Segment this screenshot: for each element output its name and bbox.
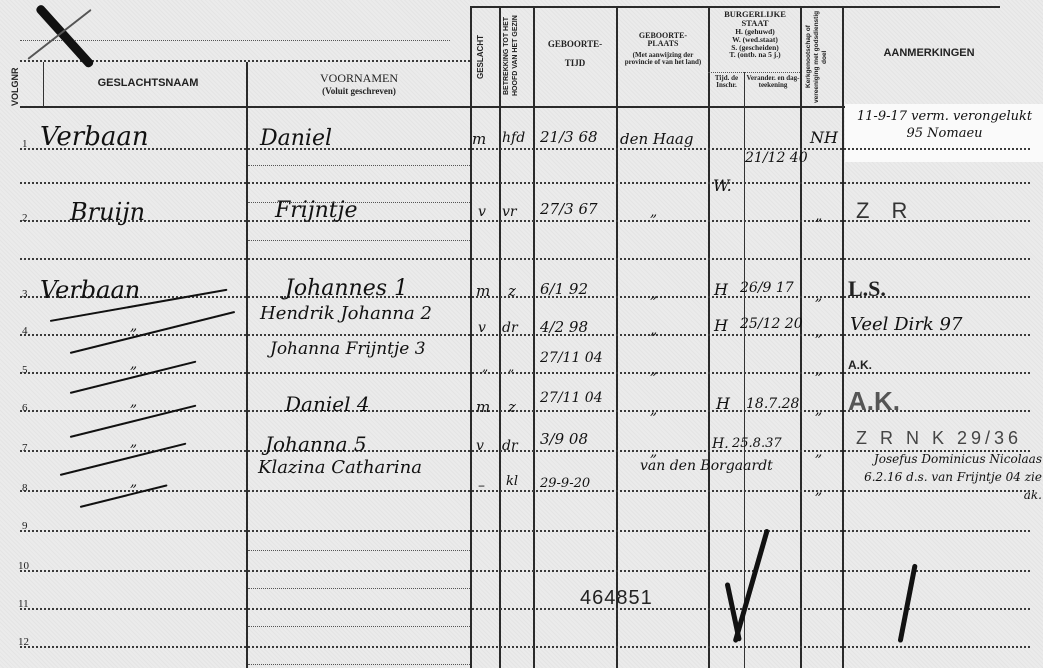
marital-date: 26/9 17 [740, 280, 794, 296]
given-names: Johannes 1 [285, 276, 408, 301]
birth-date: 29-9-20 [540, 476, 590, 491]
bs-subdivider [708, 72, 800, 73]
sex: v [478, 320, 486, 336]
header-voornamen-sub: (Voluit geschreven) [248, 87, 470, 96]
birth-date: 6/1 92 [540, 280, 588, 298]
remarks: A.K. [848, 358, 872, 372]
column-divider [470, 6, 472, 668]
church: „ [815, 444, 822, 460]
column-divider [842, 6, 844, 668]
header-volgnr: VOLGNR [10, 68, 20, 106]
header-geboorteplaats-sub: (Met aanwijzing der provincie of van het… [618, 52, 708, 67]
row-number: 1 [22, 138, 28, 150]
name-subrule [248, 165, 470, 166]
relation: dr [502, 320, 518, 336]
remarks: A.K. [848, 386, 900, 417]
column-divider [800, 6, 802, 668]
sex: v [476, 438, 484, 454]
marital-date: 18.7.28 [746, 396, 799, 412]
name-subrule [248, 664, 470, 665]
census-card: VOLGNR GESLACHTSNAAM VOORNAMEN (Voluit g… [0, 0, 1043, 668]
header-top-border [470, 6, 1000, 8]
surname: „ [130, 318, 137, 334]
church: „ [815, 208, 822, 224]
row-number: 11 [18, 598, 29, 610]
remarks: Z R [856, 198, 915, 224]
row-number: 3 [22, 288, 28, 300]
remarks: 11-9-17 verm. verongelukt 95 Nomaeu [852, 108, 1037, 142]
row-rule [20, 530, 1030, 532]
row-number: 6 [22, 402, 28, 414]
sex: m [476, 282, 490, 300]
top-rule [20, 40, 450, 41]
given-names: Daniel [260, 126, 332, 151]
name-subrule [248, 550, 470, 551]
column-divider [616, 6, 618, 668]
header-geboortetijd-line1: GEBOORTE- [534, 40, 616, 49]
relation: „ [508, 360, 514, 374]
marital-date: 25.8.37 [732, 436, 782, 451]
sex: m [472, 130, 486, 148]
birth-date: 27/3 67 [540, 200, 598, 218]
given-names: Johanna 5 [265, 432, 367, 456]
row-number: 8 [22, 482, 28, 494]
header-bs-verander: Verander. en dag-teekening [746, 75, 800, 90]
column-divider [708, 6, 710, 668]
header-kerkgenootschap: Kerkgenootschap of vereeniging met godsd… [805, 10, 839, 104]
row-number: 7 [22, 442, 28, 454]
row-rule [20, 608, 1030, 610]
ditto-stroke [70, 311, 235, 354]
stamp-number: 464851 [580, 587, 653, 610]
header-bs-t: T. (ontb. na 5 j.) [710, 51, 800, 59]
row-rule [20, 570, 1030, 572]
header-bs-tijd: Tijd. de Inschr. [709, 75, 744, 90]
birth-date: 21/3 68 [540, 128, 598, 146]
row-number: 10 [18, 560, 29, 572]
row-number: 2 [22, 212, 28, 224]
sex: v [478, 204, 486, 220]
remarks: Josefus Dominicus Nicolaas 6.2.16 d.s. v… [846, 450, 1042, 504]
relation: z [508, 398, 516, 416]
header-burgerlijke-staat: BURGERLIJKE STAAT H. (gehuwd) W. (wed.st… [710, 10, 800, 59]
name-subrule [248, 588, 470, 589]
relation: kl [506, 474, 518, 489]
marital-status: H [714, 280, 728, 299]
header-betrekking: BETREKKING TOT HET HOOFD VAN HET GEZIN [502, 8, 532, 103]
remarks: Z R N K 29/36 [856, 428, 1022, 449]
surname: Verbaan [40, 122, 149, 152]
birth-date: 3/9 08 [540, 430, 588, 448]
header-geboorteplaats: GEBOORTE- PLAATS (Met aanwijzing der pro… [618, 32, 708, 66]
given-names: Daniel 4 [285, 392, 370, 416]
remarks: L.S. [848, 276, 886, 302]
birth-date: 27/11 04 [540, 350, 603, 366]
row-number: 9 [22, 520, 28, 532]
row-rule [20, 182, 1030, 184]
surname: „ [130, 356, 137, 372]
column-divider [43, 62, 44, 107]
header-bs-title: BURGERLIJKE STAAT [710, 10, 800, 28]
column-divider [533, 6, 535, 668]
row-rule [20, 148, 1030, 150]
surname: „ [130, 394, 137, 410]
row-rule [20, 258, 1030, 260]
birth-date: 27/11 04 [540, 390, 603, 406]
surname: Verbaan [40, 276, 140, 304]
sex: „ [482, 360, 488, 374]
church: „ [815, 324, 822, 340]
row-number: 4 [22, 325, 28, 337]
birth-place: „ [650, 322, 657, 338]
church: „ [815, 402, 822, 418]
marital-status: H. [712, 436, 729, 452]
surname: Bruijn [70, 198, 145, 226]
slash-mark [898, 563, 918, 642]
column-divider [499, 6, 501, 668]
row-number: 12 [18, 636, 29, 648]
name-subrule [248, 626, 470, 627]
marital-date: 25/12 20 [740, 316, 803, 332]
column-divider [246, 62, 248, 668]
birth-place: „ [650, 204, 657, 220]
church: NH [810, 128, 838, 147]
check-mark [733, 528, 770, 643]
relation: vr [502, 204, 517, 220]
header-geboorteplaats-line2: PLAATS [618, 40, 708, 48]
church: „ [815, 362, 822, 378]
given-names: Johanna Frijntje 3 [270, 340, 470, 358]
relation: dr [502, 438, 518, 454]
marital-status: H [714, 316, 728, 335]
given-names: Klazina Catharina [258, 458, 468, 478]
given-names: Hendrik Johanna 2 [260, 305, 470, 323]
birth-place: van den Borgaardt [640, 458, 773, 474]
header-aanmerkingen: AANMERKINGEN [844, 48, 1014, 60]
relation: z [508, 282, 516, 300]
ditto-stroke [80, 484, 168, 508]
surname: „ [130, 474, 137, 490]
church: „ [815, 288, 822, 304]
name-subrule [248, 240, 470, 241]
sex: – [478, 478, 485, 494]
header-geslacht: GESLACHT [476, 12, 485, 102]
given-names: Frijntje [275, 198, 358, 223]
relation: hfd [502, 130, 525, 146]
birth-place: „ [650, 286, 657, 302]
ditto-stroke [60, 443, 187, 476]
remarks: Veel Dirk 97 [850, 314, 962, 335]
row-number: 5 [22, 364, 28, 376]
header-geboortetijd-line2: TIJD [534, 59, 616, 68]
church: „ [815, 482, 822, 498]
header-voornamen: VOORNAMEN [248, 72, 470, 85]
row-rule [20, 372, 1030, 374]
marital-date: 21/12 40 [745, 150, 808, 166]
marital-status: H [716, 394, 730, 413]
birth-place: „ [650, 362, 657, 378]
sex: m [476, 398, 490, 416]
surname: „ [130, 434, 137, 450]
row-rule [20, 646, 1030, 648]
header-geboortetijd: GEBOORTE- TIJD [534, 40, 616, 69]
birth-place: den Haag [620, 130, 693, 148]
marital-status: W. [713, 176, 732, 195]
birth-date: 4/2 98 [540, 318, 588, 336]
birth-place: „ [650, 402, 657, 418]
header-geslachtsnaam: GESLACHTSNAAM [50, 78, 246, 90]
